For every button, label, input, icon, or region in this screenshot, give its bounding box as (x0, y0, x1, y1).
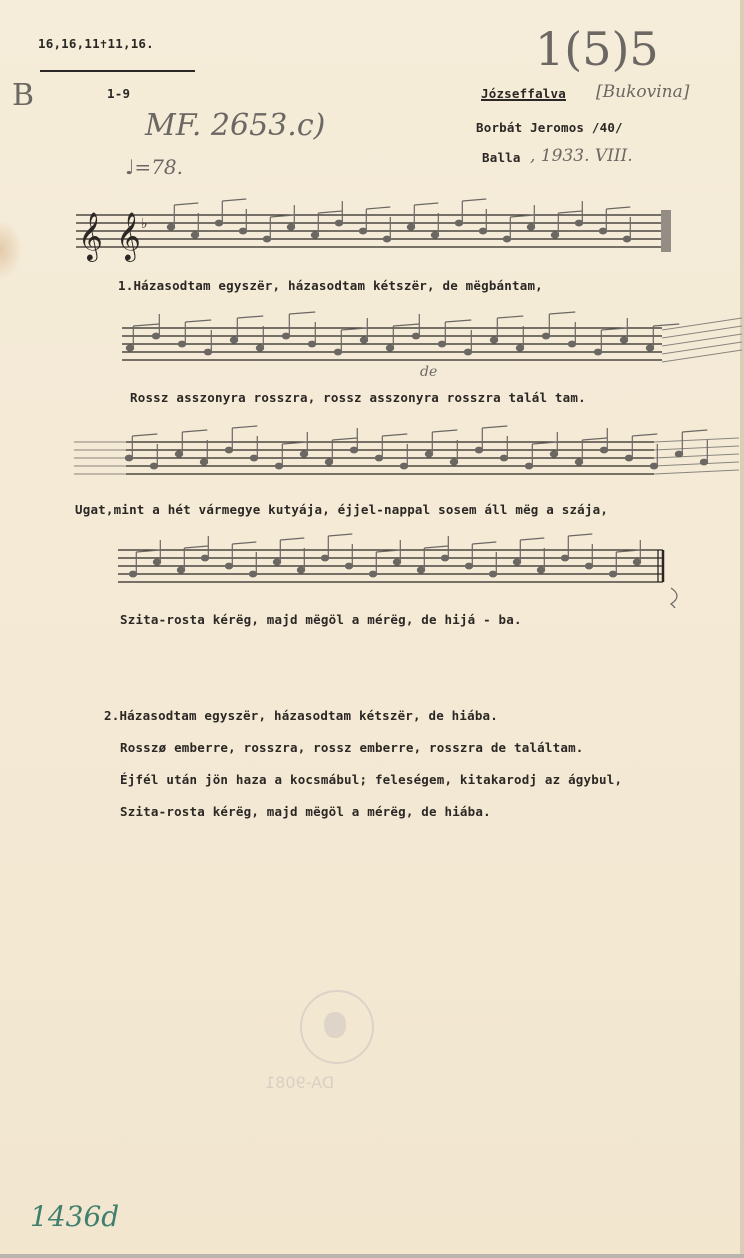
verse2-line-1: 2.Házasodtam egyszër, házasodtam kétszër… (104, 708, 498, 723)
manuscript-page: 16,16,11✝11,16. B 1-9 MF. 2653.c) ♩=78. … (0, 0, 744, 1258)
music-staff-1: 𝄞 𝄞 ♭ (76, 195, 716, 270)
verse2-line-3: Éjfél után jön haza a kocsmábul; feleség… (120, 772, 622, 787)
staff-3-notation (74, 420, 744, 495)
stamp-number: DA-9081 (265, 1073, 334, 1092)
category-mark: B (12, 78, 34, 113)
page-edge-right (740, 0, 744, 1258)
paper-stain (0, 220, 22, 280)
staff-2-annotation: de (420, 364, 437, 380)
treble-clef-icon: 𝄞 (78, 211, 103, 262)
village-name: Józseffalva (481, 86, 566, 101)
singer-name: Borbát Jeromos /40/ (476, 120, 623, 135)
music-staff-3 (74, 420, 744, 495)
verse2-line-4: Szita-rosta kérëg, majd mëgöl a mérëg, d… (120, 804, 491, 819)
staff-3-lyric: Ugat,mint a hét vármegye kutyája, éjjel-… (75, 502, 608, 517)
music-staff-4 (118, 528, 698, 608)
collector-name: Balla (482, 150, 521, 165)
svg-text:𝄞: 𝄞 (116, 211, 141, 262)
svg-text:♭: ♭ (141, 216, 148, 232)
tempo-mark: ♩=78. (125, 155, 183, 179)
staff-1-lyric: 1.Házasodtam egyszër, házasodtam kétszër… (118, 278, 543, 293)
recording-date: , 1933. VIII. (530, 146, 633, 166)
archive-stamp (300, 990, 374, 1064)
archive-ref: MF. 2653.c) (145, 108, 325, 143)
staff-2-lyric: Rossz asszonyra rosszra, rossz asszonyra… (130, 390, 586, 405)
coat-of-arms-icon (324, 1012, 346, 1038)
section-range: 1-9 (107, 86, 130, 101)
meter-code: 16,16,11✝11,16. (38, 36, 154, 51)
region-note: [Bukovina] (596, 82, 689, 102)
verse2-line-2: Rosszø emberre, rosszra, rossz emberre, … (120, 740, 584, 755)
page-number-handwritten: 1(5)5 (535, 22, 659, 76)
staff-4-notation (118, 528, 698, 608)
inventory-number: 1436d (30, 1200, 119, 1233)
staff-4-lyric: Szita-rosta kérëg, majd mëgöl a mérëg, d… (120, 612, 522, 627)
fraction-rule (40, 70, 195, 72)
page-edge-bottom (0, 1254, 744, 1258)
staff-1-notation: 𝄞 𝄞 ♭ (76, 195, 716, 270)
